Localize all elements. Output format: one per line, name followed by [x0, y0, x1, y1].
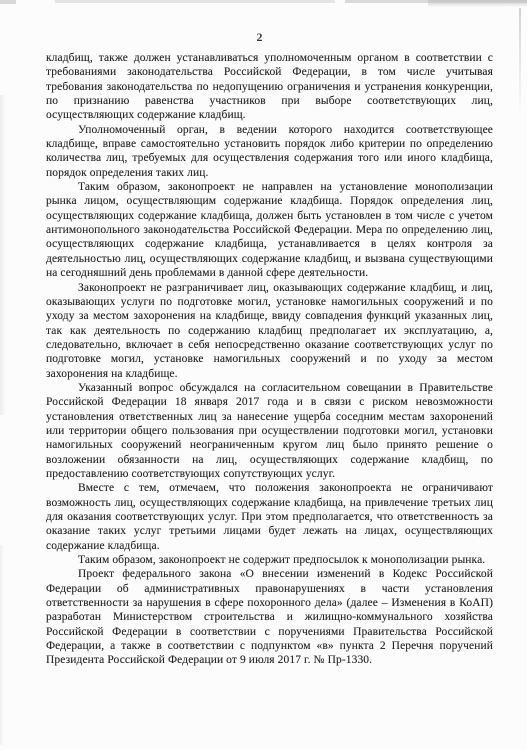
document-body: кладбищ, также должен устанавливаться уп… [46, 51, 493, 668]
paragraph: Таким образом, законопроект не содержит … [46, 553, 493, 567]
paragraph: Законопроект не разграничивает лиц, оказ… [46, 281, 493, 381]
paragraph: Таким образом, законопроект не направлен… [46, 180, 493, 280]
paragraph: Вместе с тем, отмечаем, что положения за… [46, 481, 493, 553]
paragraph: кладбищ, также должен устанавливаться уп… [46, 51, 493, 123]
paragraph: Проект федерального закона «О внесении и… [46, 567, 493, 667]
paragraph: Уполномоченный орган, в ведении которого… [46, 123, 493, 180]
scan-artifact-right-edge [519, 8, 521, 118]
scan-artifact-top-right [345, 0, 527, 3]
page-number: 2 [0, 30, 519, 45]
paragraph: Указанный вопрос обсуждался на согласите… [46, 381, 493, 481]
scan-artifact-left-edge [0, 95, 6, 415]
scan-artifact-left-lower [0, 545, 4, 745]
document-page: 2 кладбищ, также должен устанавливаться … [0, 0, 527, 750]
scan-artifact-top-corner [428, 0, 527, 7]
scan-artifact-top-left [0, 0, 16, 4]
scan-artifact-top-middle [55, 0, 335, 3]
